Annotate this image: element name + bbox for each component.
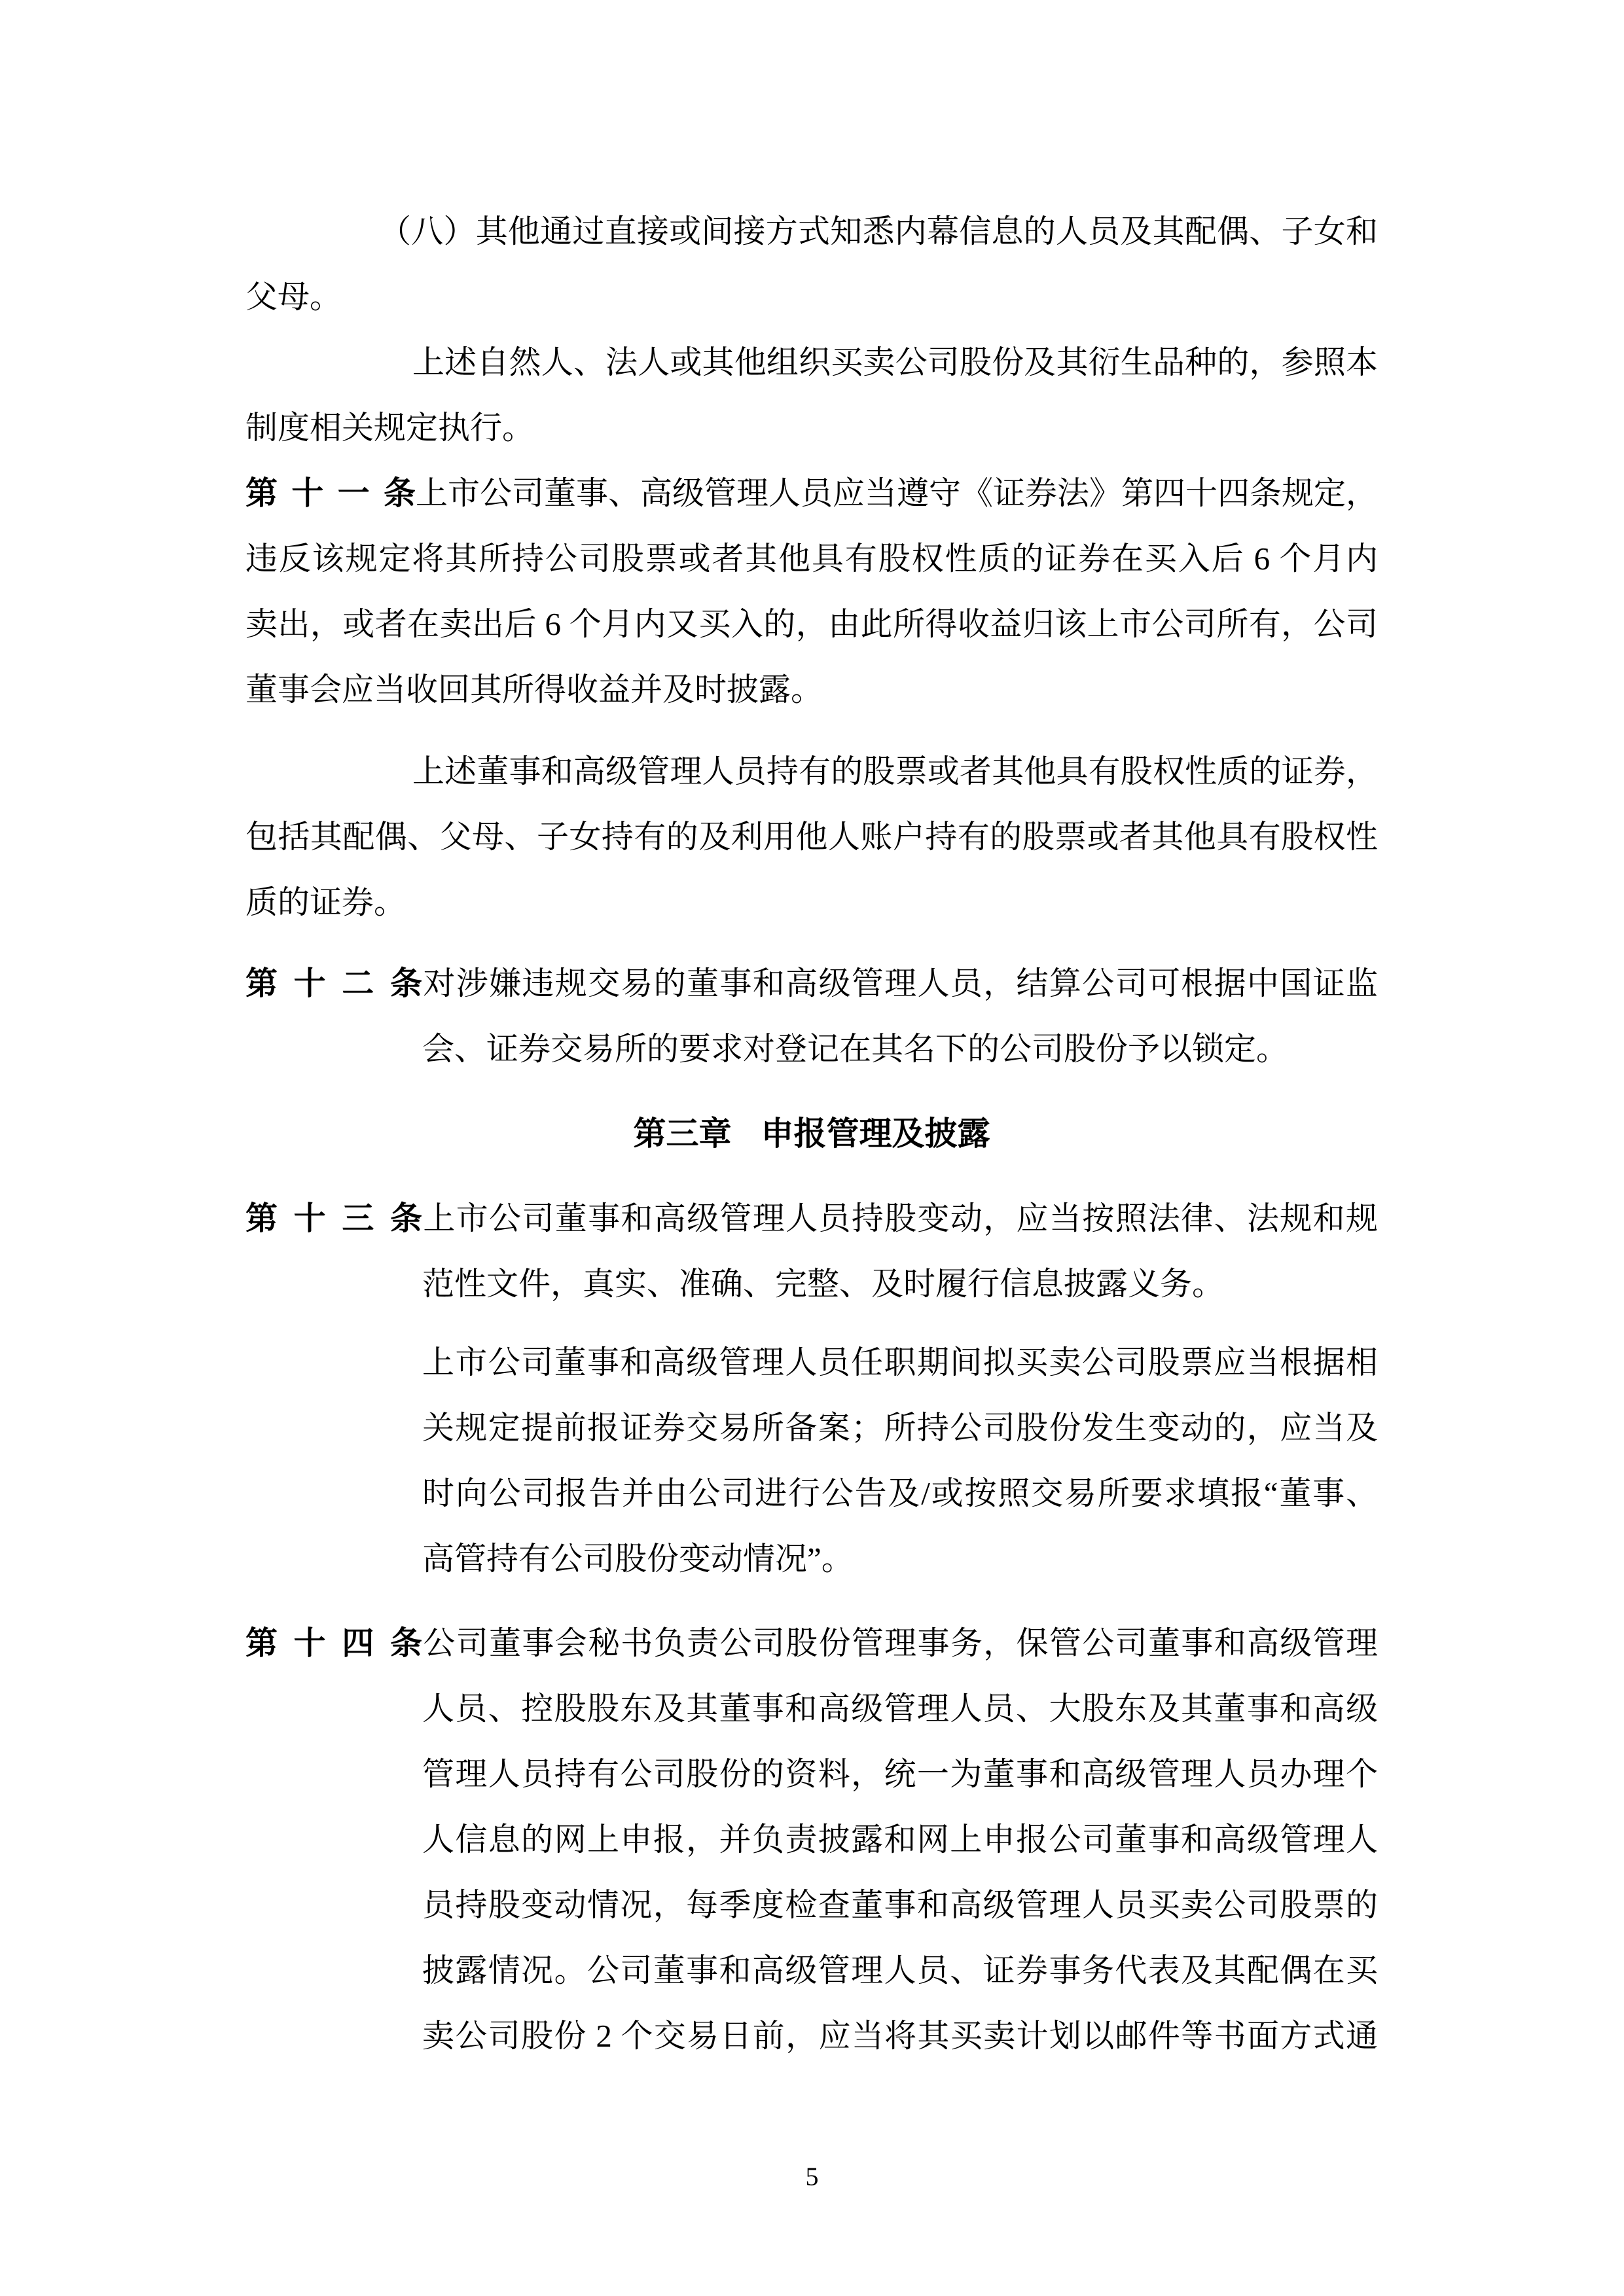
text-line: 人员、控股股东及其董事和高级管理人员、大股东及其董事和高级 [422,1676,1378,1742]
text-line: 高管持有公司股份变动情况”。 [422,1526,1378,1592]
article-text: 对涉嫌违规交易的董事和高级管理人员，结算公司可根据中国证监 [422,965,1378,1001]
text-line: 质的证券。 [245,870,1378,935]
document-body: （八）其他通过直接或间接方式知悉内幕信息的人员及其配偶、子女和 父母。 上述自然… [245,199,1378,2069]
text-line: 第十四条公司董事会秘书负责公司股份管理事务，保管公司董事和高级管理 [422,1611,1378,1676]
text-line: 员持股变动情况，每季度检查董事和高级管理人员买卖公司股票的 [422,1873,1378,1938]
text-line: 父母。 [245,264,1378,330]
text-line: 会、证券交易所的要求对登记在其名下的公司股份予以锁定。 [422,1016,1378,1082]
text-line: 人信息的网上申报，并负责披露和网上申报公司董事和高级管理人 [422,1807,1378,1873]
chapter-number: 第三章 [634,1115,732,1152]
text-line: 第十二条对涉嫌违规交易的董事和高级管理人员，结算公司可根据中国证监 [422,951,1378,1016]
text-line: 卖公司股份 2 个交易日前，应当将其买卖计划以邮件等书面方式通 [422,2003,1378,2069]
text-line: 管理人员持有公司股份的资料，统一为董事和高级管理人员办理个 [422,1742,1378,1807]
sub-paragraph: 上市公司董事和高级管理人员任职期间拟买卖公司股票应当根据相 关规定提前报证券交易… [245,1330,1378,1592]
text-line: 第十三条上市公司董事和高级管理人员持股变动，应当按照法律、法规和规 [422,1186,1378,1251]
text-line: 制度相关规定执行。 [245,395,1378,461]
text-line: 披露情况。公司董事和高级管理人员、证券事务代表及其配偶在买 [422,1938,1378,2003]
article-paragraph: 第十四条公司董事会秘书负责公司股份管理事务，保管公司董事和高级管理 人员、控股股… [245,1611,1378,2069]
chapter-title: 申报管理及披露 [761,1115,990,1152]
text-line: 上市公司董事和高级管理人员任职期间拟买卖公司股票应当根据相 [422,1330,1378,1395]
body-paragraph: 上述自然人、法人或其他组织买卖公司股份及其衍生品种的，参照本 制度相关规定执行。 [245,330,1378,461]
article-paragraph: 第十一条上市公司董事、高级管理人员应当遵守《证券法》第四十四条规定， 违反该规定… [245,461,1378,723]
text-line: 时向公司报告并由公司进行公告及/或按照交易所要求填报“董事、 [422,1461,1378,1526]
text-line: 范性文件，真实、准确、完整、及时履行信息披露义务。 [422,1251,1378,1317]
text-line: （八）其他通过直接或间接方式知悉内幕信息的人员及其配偶、子女和 [245,199,1378,264]
document-page: （八）其他通过直接或间接方式知悉内幕信息的人员及其配偶、子女和 父母。 上述自然… [0,0,1624,2296]
text-line: 卖出，或者在卖出后 6 个月内又买入的，由此所得收益归该上市公司所有，公司 [245,592,1378,657]
chapter-heading: 第三章申报管理及披露 [245,1101,1378,1166]
article-number-label: 第十一条 [245,461,416,526]
text-line: 包括其配偶、父母、子女持有的及利用他人账户持有的股票或者其他具有股权性 [245,804,1378,870]
text-line: 关规定提前报证券交易所备案；所持公司股份发生变动的，应当及 [422,1395,1378,1461]
body-paragraph: 上述董事和高级管理人员持有的股票或者其他具有股权性质的证券， 包括其配偶、父母、… [245,739,1378,935]
text-line: 董事会应当收回其所得收益并及时披露。 [245,657,1378,723]
text-line: 上述董事和高级管理人员持有的股票或者其他具有股权性质的证券， [245,739,1378,804]
page-number: 5 [0,2161,1624,2193]
text-line: 第十一条上市公司董事、高级管理人员应当遵守《证券法》第四十四条规定， [245,461,1378,526]
article-number-label: 第十四条 [245,1611,422,1676]
article-number-label: 第十二条 [245,951,422,1016]
text-line: 上述自然人、法人或其他组织买卖公司股份及其衍生品种的，参照本 [245,330,1378,395]
article-number-label: 第十三条 [245,1186,422,1251]
article-text: 上市公司董事、高级管理人员应当遵守《证券法》第四十四条规定， [416,475,1378,511]
article-paragraph: 第十三条上市公司董事和高级管理人员持股变动，应当按照法律、法规和规 范性文件，真… [245,1186,1378,1317]
article-text: 公司董事会秘书负责公司股份管理事务，保管公司董事和高级管理 [422,1625,1378,1661]
text-line: 违反该规定将其所持公司股票或者其他具有股权性质的证券在买入后 6 个月内 [245,526,1378,592]
list-item-paragraph: （八）其他通过直接或间接方式知悉内幕信息的人员及其配偶、子女和 父母。 [245,199,1378,330]
article-text: 上市公司董事和高级管理人员持股变动，应当按照法律、法规和规 [422,1200,1378,1236]
article-paragraph: 第十二条对涉嫌违规交易的董事和高级管理人员，结算公司可根据中国证监 会、证券交易… [245,951,1378,1082]
